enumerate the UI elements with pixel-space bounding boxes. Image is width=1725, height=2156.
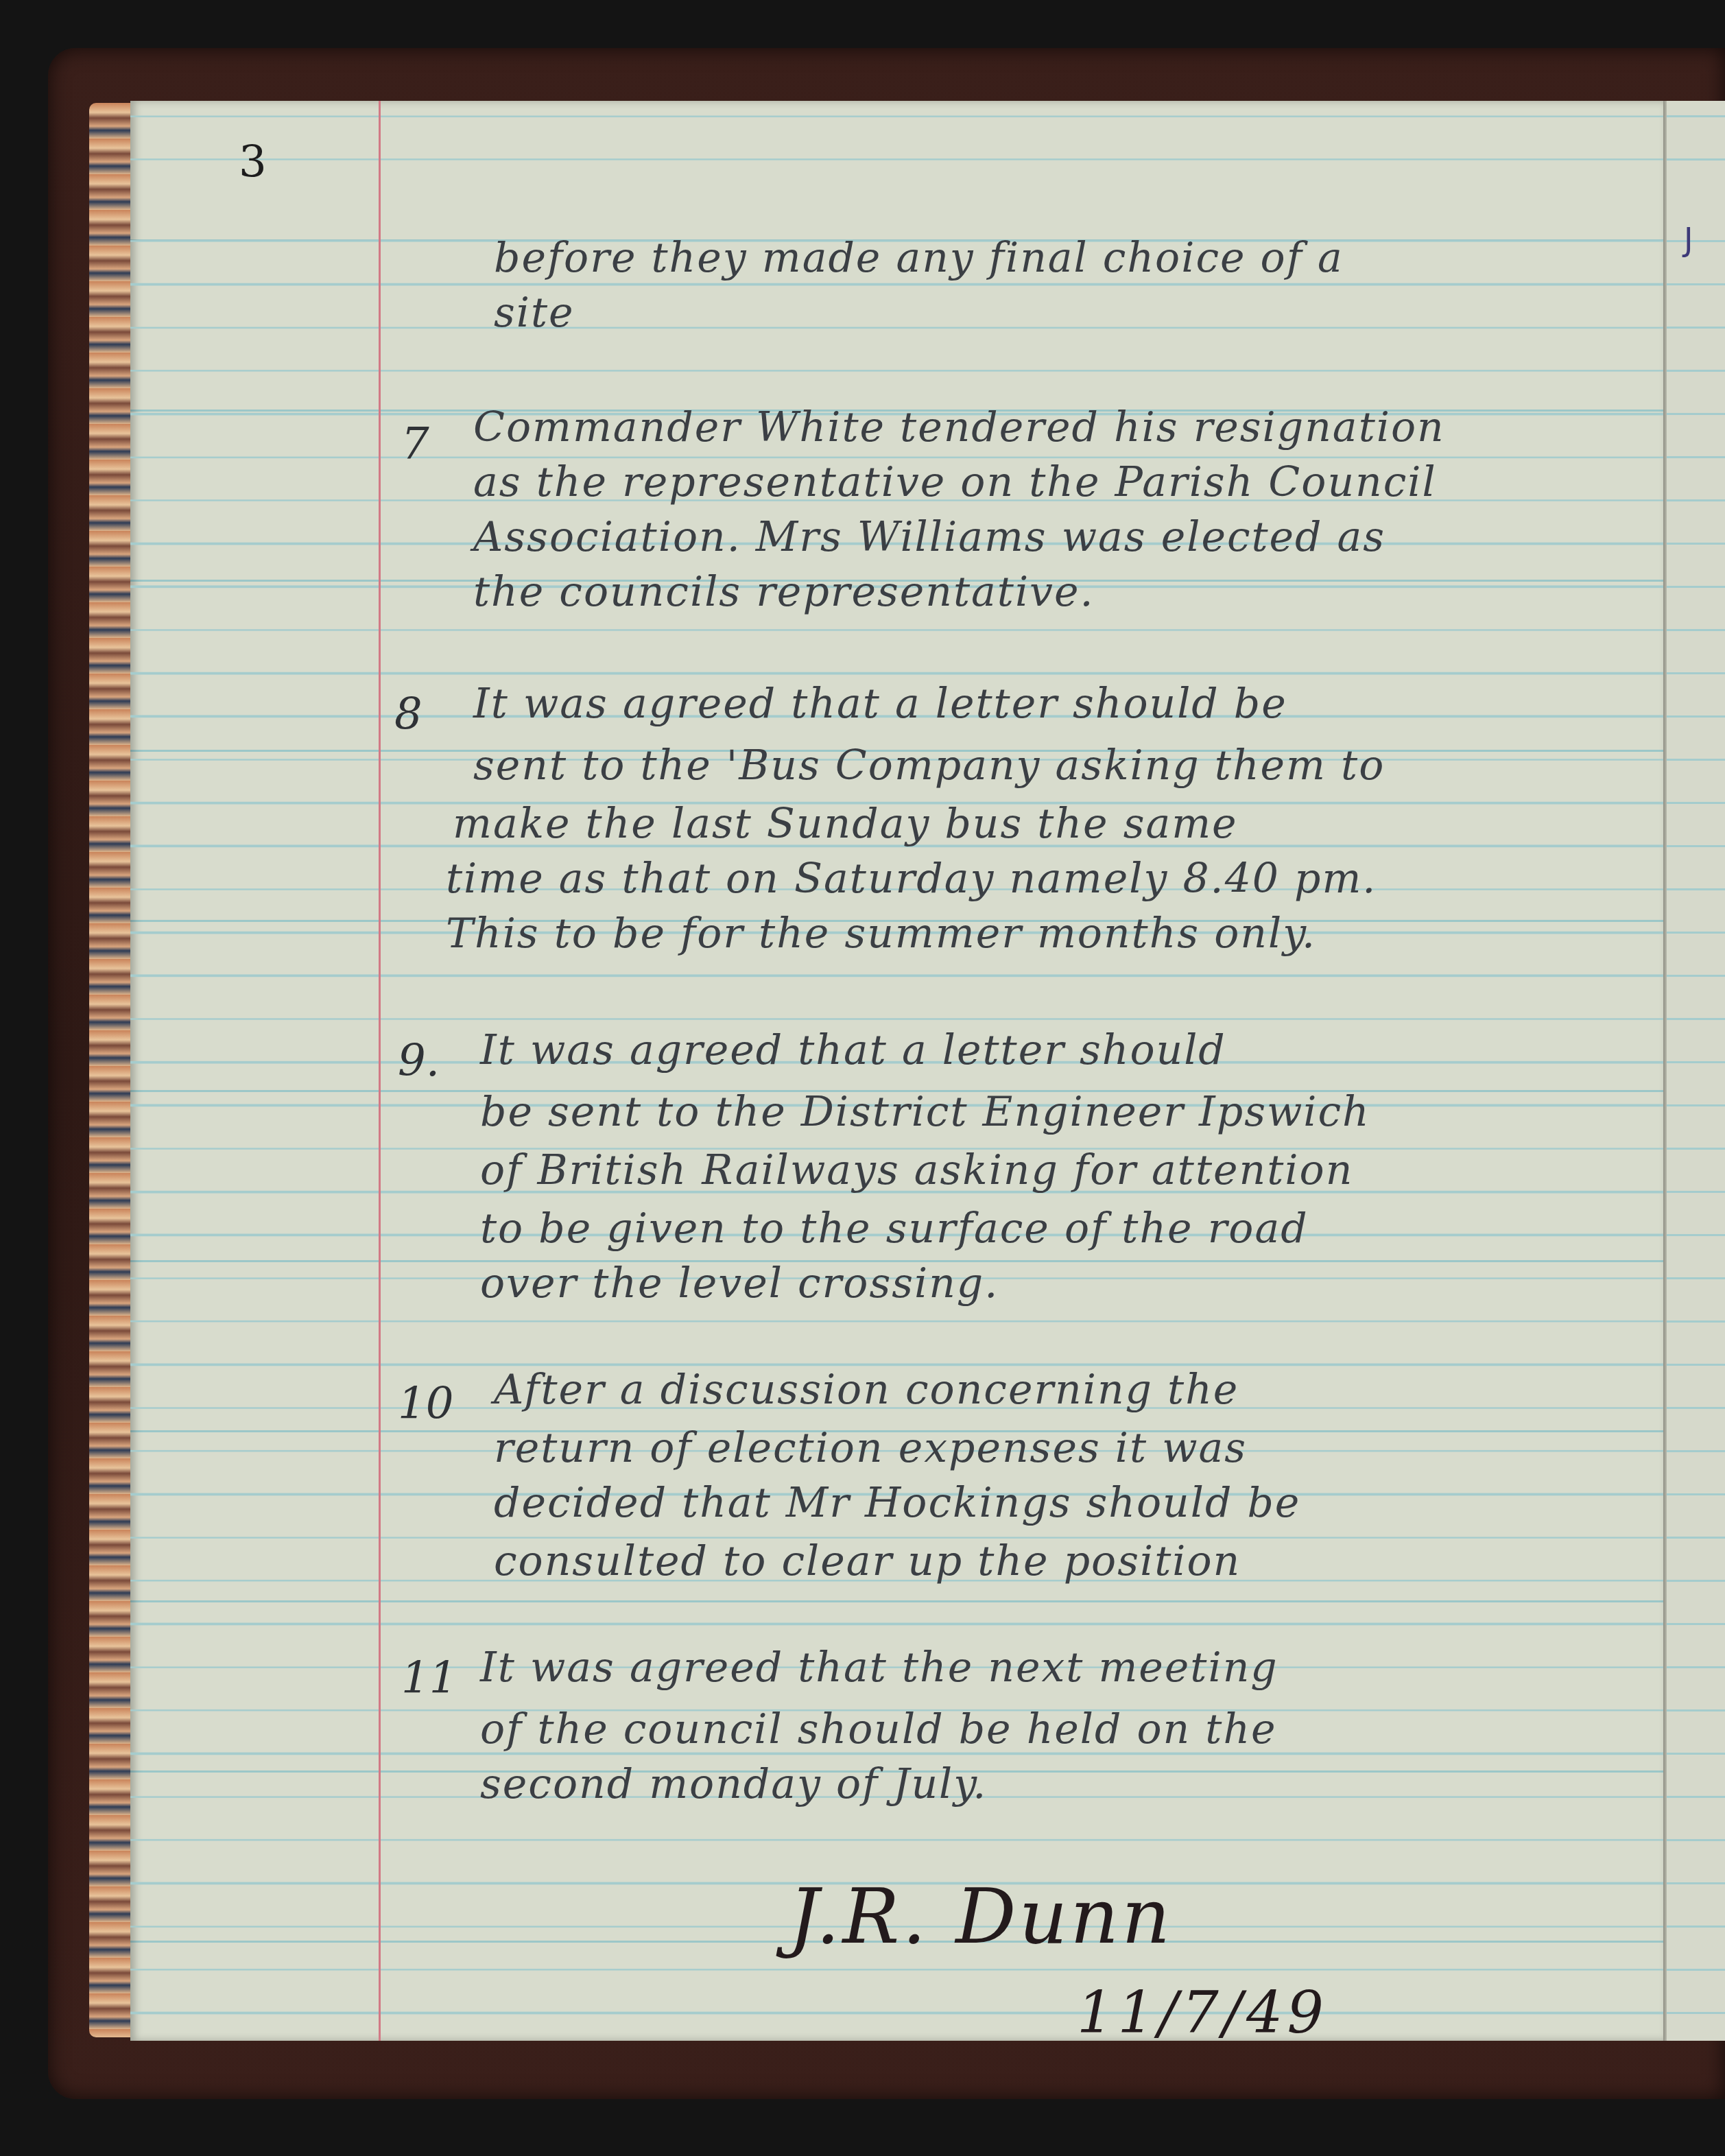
item-8-line-4: time as that on Saturday namely 8.40 pm. — [446, 857, 1377, 900]
item-10-line-4: consulted to clear up the position — [494, 1540, 1241, 1583]
item-9-line-2: be sent to the District Engineer Ipswich — [480, 1091, 1370, 1133]
item-8-line-1: It was agreed that a letter should be — [473, 683, 1287, 725]
item-11-line-3: second monday of July. — [480, 1763, 987, 1805]
item-number-11: 11 — [401, 1653, 457, 1704]
facing-page-text: J — [1684, 221, 1693, 258]
facing-page — [1667, 101, 1725, 2041]
signature-date: 11/7/49 — [1077, 1979, 1328, 2046]
item-9-line-3: of British Railways asking for attention — [480, 1149, 1353, 1192]
item-number-7: 7 — [401, 418, 429, 469]
item-11-line-1: It was agreed that the next meeting — [480, 1646, 1278, 1689]
item-7-line-4: the councils representative. — [473, 571, 1095, 613]
item-number-8: 8 — [394, 689, 423, 740]
continuation-line-1: before they made any final choice of a — [494, 237, 1344, 279]
item-9-line-5: over the level crossing. — [480, 1262, 999, 1305]
page-number: 3 — [239, 137, 267, 188]
item-9-line-4: to be given to the surface of the road — [480, 1207, 1309, 1250]
continuation-line-2: site — [494, 292, 575, 334]
item-10-line-1: After a discussion concerning the — [494, 1369, 1239, 1411]
item-10-line-3: decided that Mr Hockings should be — [494, 1482, 1300, 1524]
margin-line — [379, 101, 381, 2041]
signature: J.R. Dunn — [789, 1873, 1173, 1960]
item-8-line-2: sent to the 'Bus Company asking them to — [473, 744, 1385, 787]
item-7-line-3: Association. Mrs Williams was elected as — [473, 516, 1385, 558]
item-11-line-2: of the council should be held on the — [480, 1708, 1277, 1751]
item-9-line-1: It was agreed that a letter should — [480, 1029, 1226, 1071]
item-10-line-2: return of election expenses it was — [494, 1427, 1247, 1469]
item-8-line-5: This to be for the summer months only. — [446, 912, 1316, 955]
item-number-9: 9. — [398, 1036, 440, 1087]
item-8-line-3: make the last Sunday bus the same — [453, 803, 1238, 845]
item-number-10: 10 — [398, 1379, 453, 1430]
item-7-line-2: as the representative on the Parish Coun… — [473, 461, 1437, 504]
item-7-line-1: Commander White tendered his resignation — [473, 406, 1445, 449]
